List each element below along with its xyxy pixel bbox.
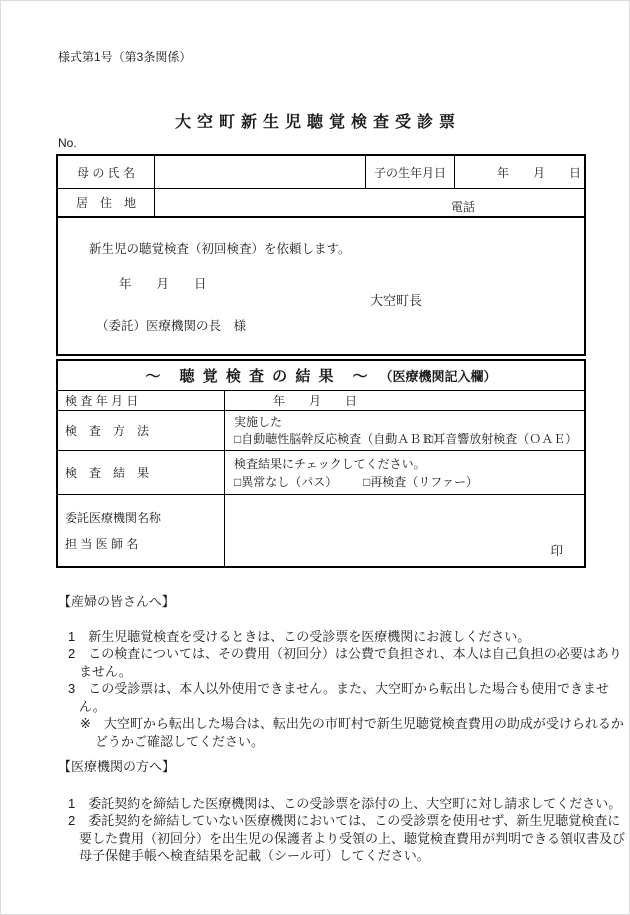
exam-date-value: 年 月 日 [225,391,584,410]
seal-label: 印 [550,541,563,559]
phone-label: 電話 [451,198,475,215]
request-statement: 新生児の聴覚検査（初回検査）を依頼します。 [89,239,351,257]
table-row: 検 査 年 月 日 年 月 日 [58,391,584,411]
exam-method-option-oae: □耳音響放射検査（ＯＡＥ） [426,431,577,448]
address-field: 電話 [155,189,584,216]
exam-method-field: 実施した □自動聴性脳幹反応検査（自動ＡＢＲ） □耳音響放射検査（ＯＡＥ） [225,411,584,450]
medical-notes-section: 【医療機関の方へ】 1 委託契約を締結した医療機関は、この受診票を添付の上、大空… [58,758,630,865]
medical-notes-items: 1 委託契約を締結した医療機関は、この受診票を添付の上、大空町に対し請求してくだ… [68,795,630,865]
table-row: 居 住 地 電話 [58,189,584,218]
mothers-notes-items: 1 新生児聴覚検査を受けるときは、この受診票を医療機関にお渡しください。 2 こ… [68,628,630,751]
result-section-table: ～ 聴 覚 検 査 の 結 果 ～ （医療機関記入欄） 検 査 年 月 日 年 … [56,359,586,568]
table-row: 検 査 方 法 実施した □自動聴性脳幹反応検査（自動ＡＢＲ） □耳音響放射検査… [58,411,584,451]
medical-notes-heading: 【医療機関の方へ】 [58,758,630,776]
exam-result-field: 検査結果にチェックしてください。 □異常なし（パス） □再検査（リファー） [225,451,584,494]
mayor-name: 大空町長 [370,290,422,309]
exam-method-options: □自動聴性脳幹反応検査（自動ＡＢＲ） □耳音響放射検査（ＯＡＥ） [234,431,584,448]
page-title: 大空町新生児聴覚検査受診票 [1,109,629,132]
note-item: 2 この検査については、その費用（初回分）は公費で負担され、本人は自己負担の必要… [68,645,630,680]
exam-result-options: □異常なし（パス） □再検査（リファー） [234,473,584,491]
doctor-name-label: 担 当 医 師 名 [65,535,138,552]
request-date-line: 年 月 日 [119,274,207,292]
child-birthdate-label: 子の生年月日 [366,156,455,188]
table-row: 委託医療機関名称 担 当 医 師 名 印 [58,495,584,566]
address-label: 居 住 地 [58,189,155,216]
request-block: 新生児の聴覚検査（初回検査）を依頼します。 年 月 日 大空町長 （委託）医療機… [58,218,584,354]
note-item: 3 この受診票は、本人以外使用できません。また、大空町から転出した場合も使用でき… [68,680,630,715]
document-number-label: No. [58,136,77,150]
institution-label-cell: 委託医療機関名称 担 当 医 師 名 [58,495,225,566]
mother-name-label: 母 の 氏 名 [58,156,155,188]
exam-method-label: 検 査 方 法 [58,411,225,450]
mothers-notes-section: 【産婦の皆さんへ】 1 新生児聴覚検査を受けるときは、この受診票を医療機関にお渡… [58,593,630,750]
exam-result-instruction: 検査結果にチェックしてください。 [234,455,584,473]
table-row: 検 査 結 果 検査結果にチェックしてください。 □異常なし（パス） □再検査（… [58,451,584,495]
institution-field: 印 [225,495,584,566]
institution-name-label: 委託医療機関名称 [65,509,161,526]
table-row: 母 の 氏 名 子の生年月日 年 月 日 [58,156,584,189]
exam-result-option-refer: □再検査（リファー） [363,473,478,491]
exam-date-label: 検 査 年 月 日 [58,391,225,410]
addressee-line: （委託）医療機関の長 様 [96,316,246,334]
exam-result-label: 検 査 結 果 [58,451,225,494]
exam-result-option-pass: □異常なし（パス） [234,475,337,489]
note-item: 1 新生児聴覚検査を受けるときは、この受診票を医療機関にお渡しください。 [68,628,630,646]
form-number: 様式第1号（第3条関係） [58,48,191,65]
patient-info-table: 母 の 氏 名 子の生年月日 年 月 日 居 住 地 電話 新生児の聴覚検査（初… [56,154,586,356]
result-section-header: ～ 聴 覚 検 査 の 結 果 ～ （医療機関記入欄） [58,361,584,391]
mother-name-field [155,156,366,188]
mothers-notes-heading: 【産婦の皆さんへ】 [58,593,630,611]
note-item: 1 委託契約を締結した医療機関は、この受診票を添付の上、大空町に対し請求してくだ… [68,795,630,813]
note-subitem: ※ 大空町から転出した場合は、転出先の市町村で新生児聴覚検査費用の助成が受けられ… [68,715,630,750]
note-item: 2 委託契約を締結していない医療機関においては、この受診票を使用せず、新生児聴覚… [68,812,630,865]
child-birthdate-value: 年 月 日 [455,156,584,188]
exam-method-option-abr: □自動聴性脳幹反応検査（自動ＡＢＲ） [234,432,445,446]
result-section-note: （医療機関記入欄） [380,366,497,385]
exam-method-instruction: 実施した [234,414,584,431]
form-page: 様式第1号（第3条関係） 大空町新生児聴覚検査受診票 No. 母 の 氏 名 子… [0,0,630,915]
result-section-title: ～ 聴 覚 検 査 の 結 果 ～ [145,365,369,386]
